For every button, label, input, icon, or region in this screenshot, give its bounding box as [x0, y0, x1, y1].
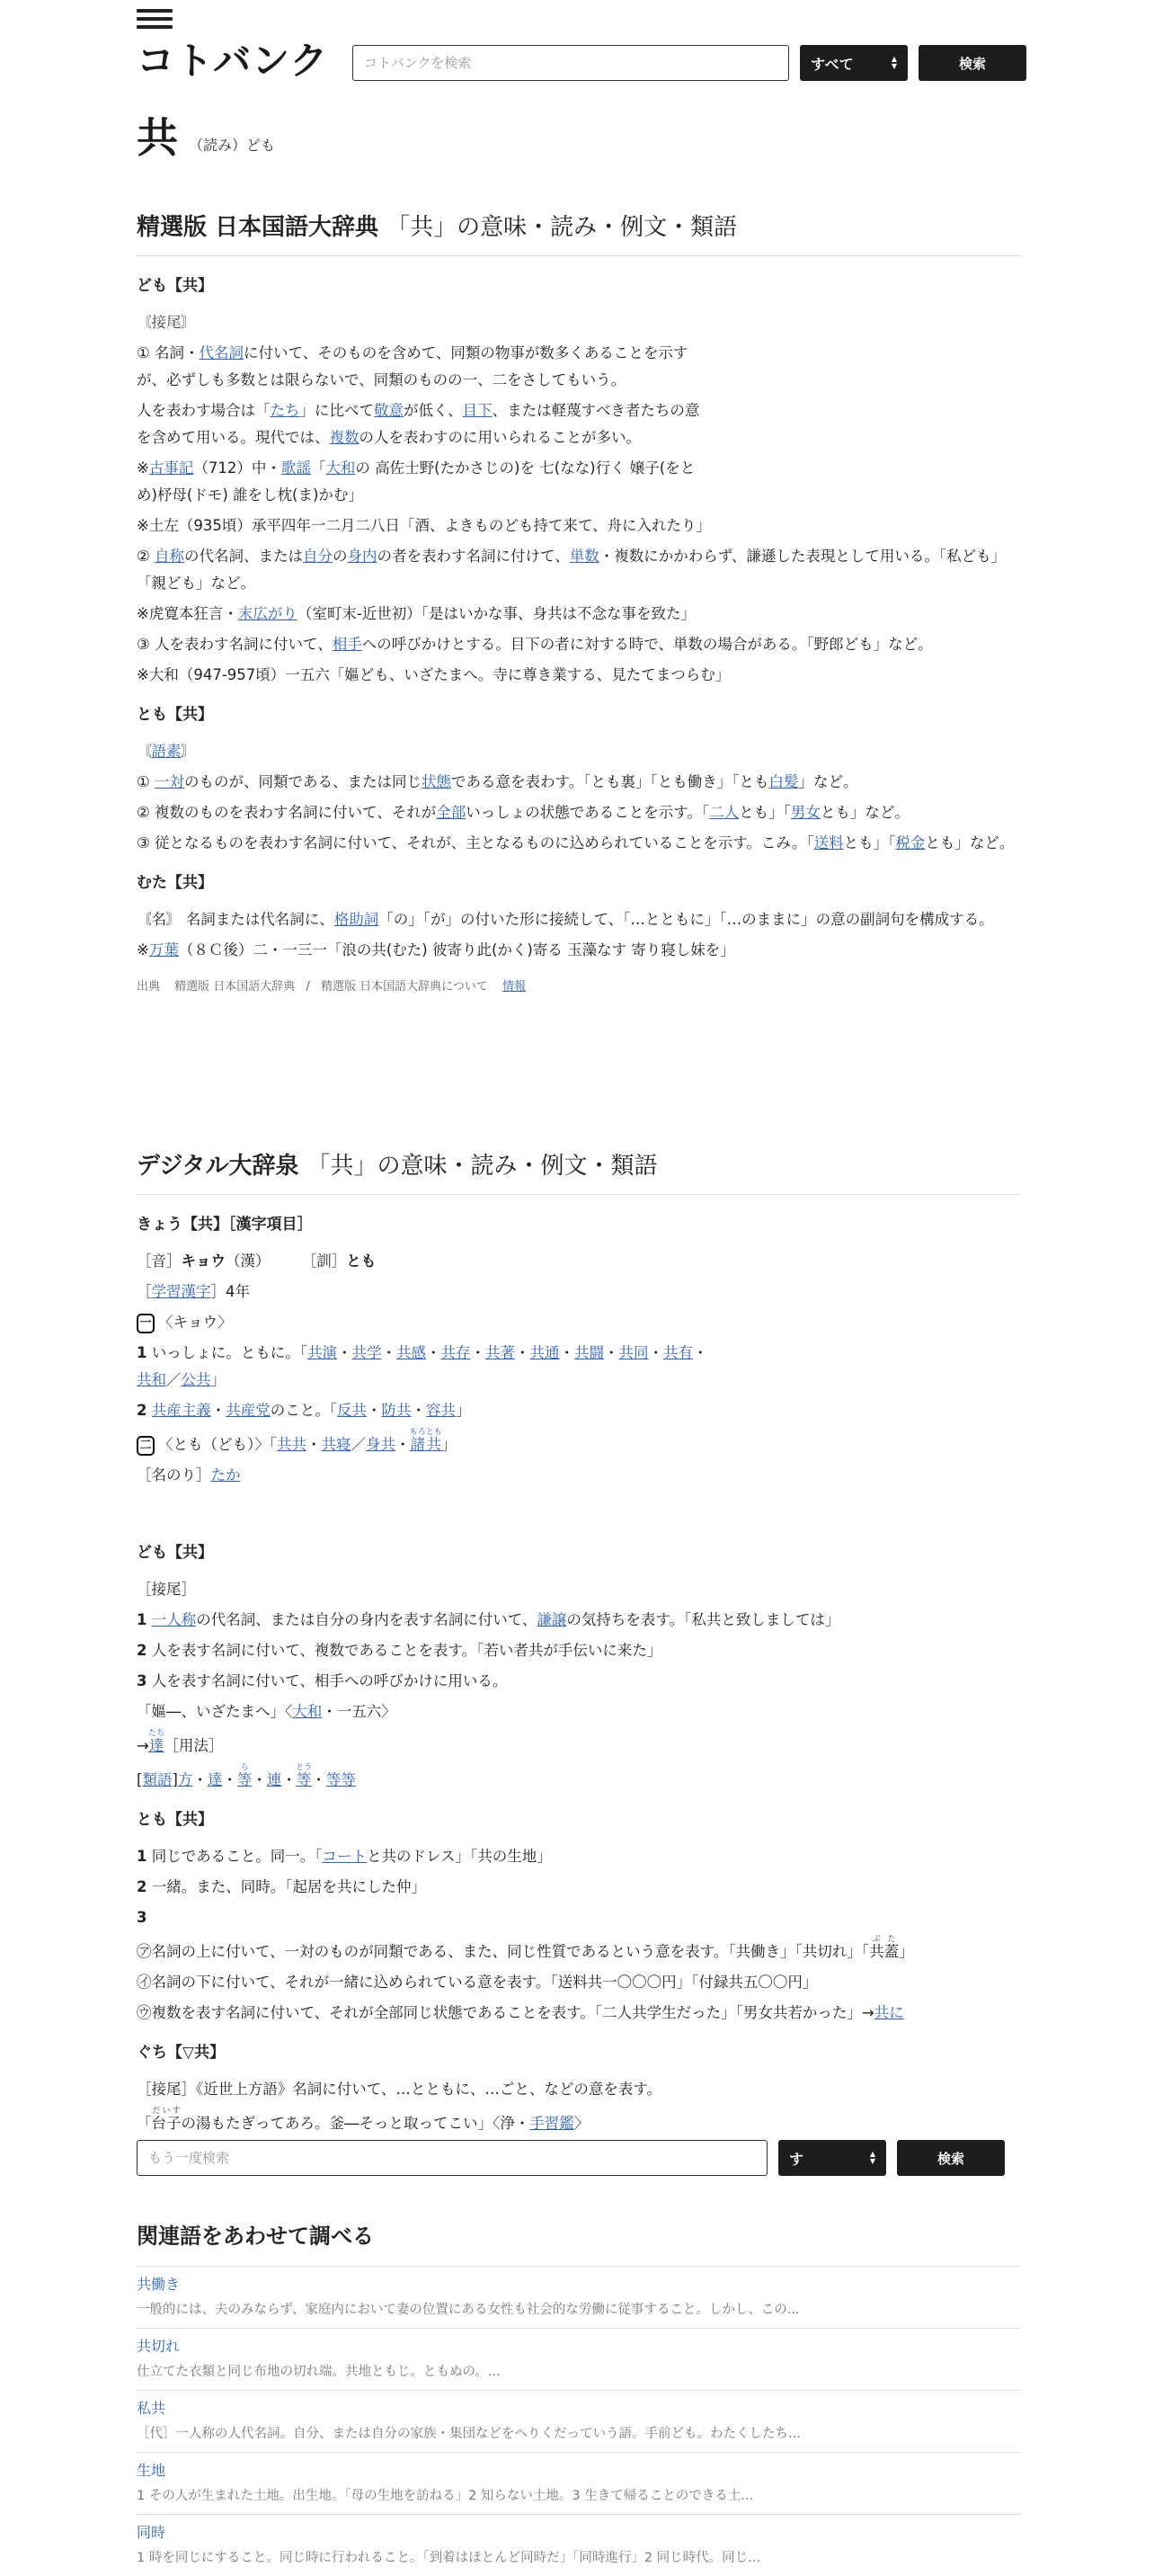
related-desc: 1 その人が生まれた土地。出生地。「母の生地を訪ねる」2 知らない土地。3 生き… [137, 2483, 1021, 2509]
ruigo-item[interactable]: 等等 [326, 1771, 356, 1788]
citation-kojiki: ※古事記（712）中・歌謡「大和の 高佐士野(たかさじの)を 七(なな)行く 嬢… [137, 455, 712, 509]
ruigo-item[interactable]: 連 [267, 1771, 282, 1788]
related-title: 関連語をあわせて調べる [137, 2221, 1021, 2267]
definition-3c: ㋒複数を表す名詞に付いて、それが全部同じ状態であることを表す。「二人共学生だった… [137, 2000, 1021, 2027]
link-yamato[interactable]: 大和 [292, 1703, 322, 1720]
definition-3a: ㋐名詞の上に付いて、一対のものが同類である、また、同じ性質であるという意を表す。… [137, 1935, 1021, 1965]
site-logo[interactable]: コトバンク [137, 40, 328, 83]
related-term[interactable]: 同時 [137, 2520, 1021, 2545]
entry-head-tomo: とも【共】 [137, 701, 1021, 724]
link-jibun[interactable]: 自分 [303, 548, 333, 565]
research-scope-value: す [789, 2148, 803, 2169]
link-suehirogari[interactable]: 末広がり [238, 605, 297, 622]
section-number-icon: 二 [137, 1436, 155, 1456]
search-button[interactable]: 検索 [919, 45, 1026, 81]
link-kenjou[interactable]: 謙譲 [537, 1611, 566, 1628]
source-name: 精選版 日本国語大辞典 [174, 980, 295, 994]
entry-head-domo: ども【共】 [137, 272, 1021, 295]
part-of-speech-tag: 〘語素〙 [137, 738, 1021, 765]
citation-suehirogari: ※虎寛本狂言・末広がり（室町末‐近世初）「是はいかな事、身共は不念な事を致た」 [137, 601, 1021, 628]
link-kyouzon[interactable]: 共存 [440, 1344, 470, 1361]
link-zeikin[interactable]: 税金 [895, 834, 925, 851]
ruigo-item[interactable]: 等 [296, 1771, 312, 1788]
dict-nikkoku-section: 精選版 日本国語大辞典 「共」の意味・読み・例文・類語 ども【共】 〘接尾〙 ①… [137, 212, 1021, 994]
definition-1: ① 名詞・代名詞に付いて、そのものを含めて、同類の物事が数多くあることを示すが、… [137, 340, 712, 394]
kanji-meaning-1: 1 いっしょに。ともに。「共演・共学・共感・共存・共著・共通・共闘・共同・共有・… [137, 1340, 712, 1394]
link-jishou[interactable]: 自称 [155, 548, 184, 565]
link-keii[interactable]: 敬意 [374, 402, 404, 419]
dict-title: デジタル大辞泉 「共」の意味・読み・例文・類語 [137, 1151, 1021, 1195]
link-joutai[interactable]: 状態 [422, 773, 451, 790]
see-also-tachi: →達たち［用法］ [137, 1729, 1021, 1760]
related-item[interactable]: 共働き 一般的には、夫のみならず、家庭内において妻の位置にある女性も社会的な労働… [137, 2267, 1021, 2329]
link-manyou[interactable]: 万葉 [149, 941, 179, 958]
citation-tosa: ※土左（935頃）承平四年一二月二八日「酒、よきものども持て来て、舟に入れたり」 [137, 513, 712, 539]
definition-1: 1 一人称の代名詞、または自分の身内を表す名詞に付いて、謙譲の気持ちを表す。「私… [137, 1607, 1021, 1634]
link-yamato[interactable]: 大和 [325, 459, 355, 477]
source-info-link[interactable]: 情報 [502, 980, 526, 994]
search-scope-select[interactable]: すべて ▲▼ [800, 45, 908, 81]
dict-name: 精選版 日本国語大辞典 [137, 214, 378, 241]
select-arrows-icon: ▲▼ [892, 56, 897, 70]
link-kyougaku[interactable]: 共学 [351, 1344, 381, 1361]
link-futari[interactable]: 二人 [709, 804, 739, 821]
link-kyousantou[interactable]: 共産党 [226, 1402, 271, 1419]
kanji-readings: ［音］キョウ（漢） ［訓］とも [137, 1248, 1021, 1275]
link-souryou[interactable]: 送料 [814, 834, 844, 851]
link-kayou[interactable]: 歌謡 [281, 459, 311, 477]
link-kyouen[interactable]: 共演 [307, 1344, 337, 1361]
link-daimeishi[interactable]: 代名詞 [200, 344, 244, 361]
citation-yamato: 「嫗―、いざたまへ」〈大和・一五六〉 [137, 1698, 1021, 1725]
headword-kanji: 共 [137, 115, 178, 160]
part-of-speech-tag: 〘接尾〙 [137, 309, 1021, 336]
dict-daijisen-section: デジタル大辞泉 「共」の意味・読み・例文・類語 きょう【共】［漢字項目］ ［音］… [137, 1151, 1021, 2167]
definition-3: ③ 従となるものを表わす名詞に付いて、それが、主となるものに込められていることを… [137, 830, 1021, 857]
headword-reading: （読み）ども [189, 134, 275, 155]
related-desc: ［代］一人称の人代名詞。自分、または自分の家族・集団などをへりくだっていう語。手… [137, 2421, 1021, 2447]
definition-2: ② 自称の代名詞、または自分の身内の者を表わす名詞に付けて、単数・複数にかかわら… [137, 543, 1021, 597]
link-tachi[interactable]: たち [271, 402, 300, 419]
page: コトバンク すべて ▲▼ 検索 共 （読み）ども 精選版 日本国語大辞典 「共」… [137, 0, 1021, 2560]
link-midomo[interactable]: 身共 [366, 1436, 395, 1453]
entry-head-domo: ども【共】 [137, 1539, 1021, 1562]
link-tomone[interactable]: 共寝 [322, 1436, 351, 1453]
citation-terakoya: 「台子だいすの湯もたぎってあろ。釜―そっと取ってこい」〈浄・手習鑑〉 [137, 2107, 1021, 2137]
link-boukyou[interactable]: 防共 [381, 1402, 411, 1419]
ruigo-item[interactable]: 等 [237, 1771, 253, 1788]
related-item[interactable]: 生地 1 その人が生まれた土地。出生地。「母の生地を訪ねる」2 知らない土地。3… [137, 2453, 1021, 2515]
dict-title-rest: 「共」の意味・読み・例文・類語 [307, 1153, 658, 1180]
link-miuchi[interactable]: 身内 [348, 548, 377, 565]
dict-title: 精選版 日本国語大辞典 「共」の意味・読み・例文・類語 [137, 212, 1021, 256]
source-line: 出典 精選版 日本国語大辞典 / 精選版 日本国語大辞典について 情報 [137, 976, 1021, 994]
related-item[interactable]: 共切れ 仕立てた衣類と同じ布地の切れ端。共地ともじ。ともぬの。... [137, 2329, 1021, 2391]
definition-2: 2 一緒。また、同時。「起居を共にした仲」 [137, 1874, 1021, 1901]
ruigo-item[interactable]: 達 [208, 1771, 223, 1788]
link-tachi[interactable]: 達 [148, 1737, 164, 1754]
link-ichininshou[interactable]: 一人称 [152, 1611, 197, 1628]
definition-3: ③ 人を表わす名詞に付いて、相手への呼びかけとする。目下の者に対する時で、単数の… [137, 631, 1021, 658]
definition-1: ① 一対のものが、同類である、または同じ状態である意を表わす。「とも裏」「とも働… [137, 769, 1021, 796]
menu-hamburger-icon[interactable] [137, 9, 173, 29]
related-item[interactable]: 同時 1 時を同じにすること。同じ時に行われること。「到着はほとんど同時だ」「同… [137, 2515, 1021, 2576]
link-goso[interactable]: 語素 [152, 743, 182, 760]
related-term[interactable]: 私共 [137, 2396, 1021, 2421]
dict-name: デジタル大辞泉 [137, 1153, 298, 1180]
related-item[interactable]: 私共 ［代］一人称の人代名詞。自分、または自分の家族・集団などをへりくだっていう… [137, 2391, 1021, 2453]
link-kyoudou[interactable]: 共同 [618, 1344, 648, 1361]
related-desc: 仕立てた衣類と同じ布地の切れ端。共地ともじ。ともぬの。... [137, 2359, 1021, 2384]
kanji-section-2: 二〈とも（ども）〉「共共・共寝／身共・諸共もろとも」 [137, 1428, 1021, 1458]
definition-2: 2 人を表す名詞に付いて、複数であることを表す。「若い者共が手伝いに来た」 [137, 1637, 1021, 1664]
related-desc: 一般的には、夫のみならず、家庭内において妻の位置にある女性も社会的な労働に従事す… [137, 2297, 1021, 2322]
link-morotomo[interactable]: 諸共 [410, 1436, 442, 1453]
link-meshita[interactable]: 目下 [463, 402, 493, 419]
link-kakujoshi[interactable]: 格助詞 [334, 911, 379, 928]
link-tomoni[interactable]: 共に [874, 2004, 904, 2021]
bottom-search-bar: す ▲▼ 検索 [137, 2140, 1021, 2176]
link-aite[interactable]: 相手 [333, 636, 362, 653]
link-fukusu[interactable]: 複数 [330, 429, 360, 446]
link-taka[interactable]: たか [211, 1466, 241, 1484]
definition-1: ［接尾］《近世上方語》名詞に付いて、…とともに、…ごと、などの意を表す。 [137, 2076, 1021, 2103]
source-label: 出典 [137, 980, 160, 994]
ruigo-list: [類語]方・達・等ら・連・等とう・等等 [137, 1763, 1021, 1794]
related-term[interactable]: 生地 [137, 2458, 1021, 2483]
part-of-speech-tag: ［接尾］ [137, 1576, 1021, 1603]
entry-head-tomo: とも【共】 [137, 1806, 1021, 1829]
research-scope-select[interactable]: す ▲▼ [778, 2140, 886, 2176]
definition-1-note: 人を表わす場合は「たち」に比べて敬意が低く、目下、または軽蔑すべき者たちの意を含… [137, 397, 712, 451]
ruigo-item[interactable]: 方 [178, 1771, 193, 1788]
kanji-meaning-2: 2 共産主義・共産党のこと。「反共・防共・容共」 [137, 1397, 1021, 1424]
search-input[interactable] [352, 45, 789, 81]
entry-head-muta: むた【共】 [137, 869, 1021, 892]
link-gakushu-kanji[interactable]: 学習漢字 [152, 1283, 211, 1300]
link-youkyou[interactable]: 容共 [426, 1402, 456, 1419]
related-term[interactable]: 共働き [137, 2272, 1021, 2297]
select-arrows-icon: ▲▼ [870, 2151, 875, 2165]
dict-title-rest: 「共」の意味・読み・例文・類語 [386, 214, 737, 241]
kanji-section-1: 一〈キョウ〉 [137, 1309, 1021, 1336]
definition-3b: ㋑名詞の下に付いて、それが一緒に込められている意を表す。「送料共一〇〇〇円」「付… [137, 1969, 1021, 1996]
link-zenbu[interactable]: 全部 [436, 804, 466, 821]
link-kyouyuu[interactable]: 共有 [663, 1344, 693, 1361]
definition-1: 〘名〙 名詞または代名詞に、格助詞「の」「が」の付いた形に接続して、「…とともに… [137, 906, 1021, 933]
link-hankyou[interactable]: 反共 [337, 1402, 367, 1419]
link-koukyou[interactable]: 公共 [182, 1371, 211, 1388]
link-kyoutou[interactable]: 共闘 [574, 1344, 604, 1361]
definition-2: ② 複数のものを表わす名詞に付いて、それが全部いっしょの状態であることを示す。「… [137, 799, 1021, 826]
link-shiraga[interactable]: 白髪 [768, 773, 798, 790]
link-danjo[interactable]: 男女 [791, 804, 821, 821]
link-kyouwa[interactable]: 共和 [137, 1371, 166, 1388]
kanji-grade: ［学習漢字］4年 [137, 1279, 1021, 1306]
citation-yamato: ※大和（947‐957頃）一五六「嫗ども、いざたまへ。寺に尊き業する、見たてまつ… [137, 662, 1021, 689]
link-kyoukan[interactable]: 共感 [396, 1344, 426, 1361]
link-kyoucho[interactable]: 共著 [485, 1344, 515, 1361]
definition-3: 3 人を表す名詞に付いて、相手への呼びかけに用いる。 [137, 1668, 1021, 1695]
kanji-nanori: ［名のり］たか [137, 1462, 1021, 1489]
headword: 共 （読み）ども [137, 115, 275, 160]
search-scope-value: すべて [811, 53, 854, 74]
link-tenaraikagami[interactable]: 手習鑑 [529, 2115, 574, 2132]
site-header: コトバンク すべて ▲▼ 検索 [137, 43, 1021, 81]
link-kyoutsuu[interactable]: 共通 [529, 1344, 559, 1361]
citation-manyou: ※万葉（８Ｃ後）二・一三一「浪の共(むた) 彼寄り此(かく)寄る 玉藻なす 寄り… [137, 937, 1021, 964]
research-button[interactable]: 検索 [897, 2140, 1005, 2176]
link-coat[interactable]: コート [322, 1848, 367, 1865]
link-ittsui[interactable]: 一対 [155, 773, 184, 790]
definition-1: 1 同じであること。同一。「コートと共のドレス」「共の生地」 [137, 1843, 1021, 1870]
section-number-icon: 一 [137, 1314, 155, 1333]
entry-head-guchi: ぐち【▽共】 [137, 2039, 1021, 2062]
link-tansu[interactable]: 単数 [570, 548, 599, 565]
related-desc: 1 時を同じにすること。同じ時に行われること。「到着はほとんど同時だ」「同時進行… [137, 2545, 1021, 2571]
related-words-section: 関連語をあわせて調べる 共働き 一般的には、夫のみならず、家庭内において妻の位置… [137, 2221, 1021, 2576]
link-kyousan-shugi[interactable]: 共産主義 [152, 1402, 211, 1419]
entry-head-kyou: きょう【共】［漢字項目］ [137, 1211, 1021, 1234]
source-about: 精選版 日本国語大辞典について [321, 980, 488, 994]
research-input[interactable] [137, 2140, 768, 2176]
link-tomodomo[interactable]: 共共 [277, 1436, 306, 1453]
definition-3: 3 [137, 1904, 1021, 1931]
related-term[interactable]: 共切れ [137, 2334, 1021, 2359]
link-kojiki[interactable]: 古事記 [149, 459, 194, 477]
link-ruigo[interactable]: 類語 [142, 1771, 172, 1788]
